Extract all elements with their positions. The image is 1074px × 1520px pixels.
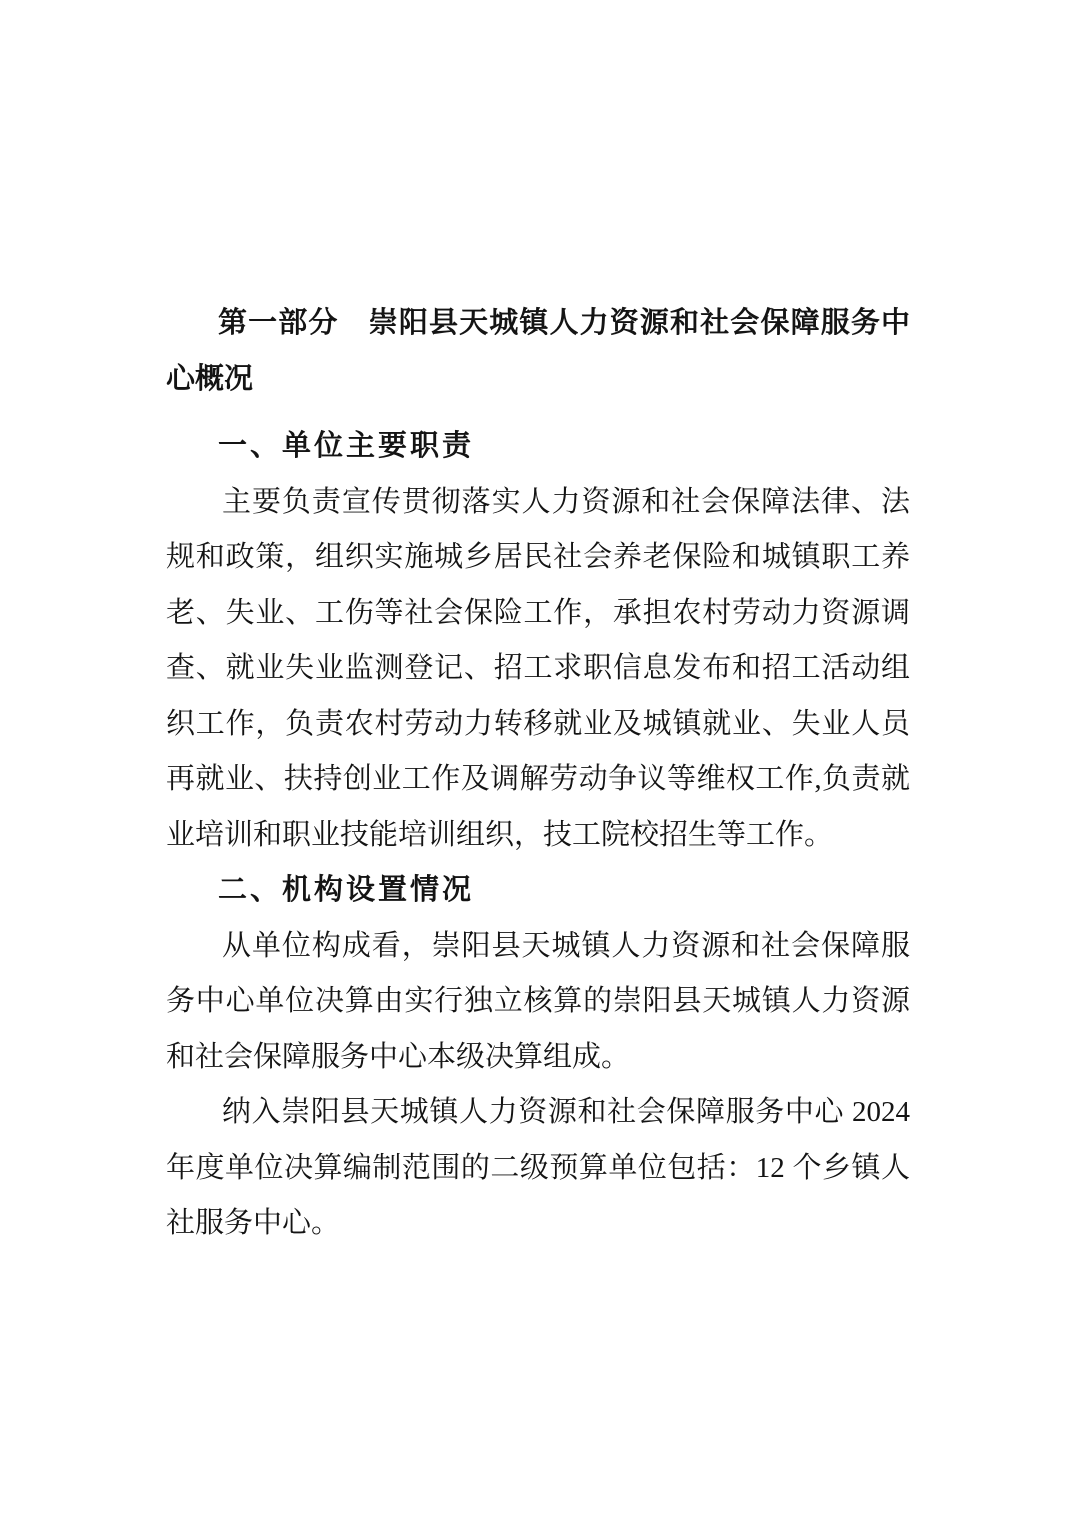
document-title: 第一部分 崇阳县天城镇人力资源和社会保障服务中心概况 <box>166 296 910 407</box>
section-2-paragraph-1: 从单位构成看，崇阳县天城镇人力资源和社会保障服务中心单位决算由实行独立核算的崇阳… <box>166 919 910 1086</box>
section-2-paragraph-2: 纳入崇阳县天城镇人力资源和社会保障服务中心 2024 年度单位决算编制范围的二级… <box>166 1085 910 1252</box>
document-page: 第一部分 崇阳县天城镇人力资源和社会保障服务中心概况 一、单位主要职责 主要负责… <box>0 0 1074 1520</box>
section-1-paragraph-1: 主要负责宣传贯彻落实人力资源和社会保障法律、法规和政策，组织实施城乡居民社会养老… <box>166 475 910 864</box>
section-1-heading: 一、单位主要职责 <box>166 419 910 475</box>
section-2-heading: 二、机构设置情况 <box>166 863 910 919</box>
